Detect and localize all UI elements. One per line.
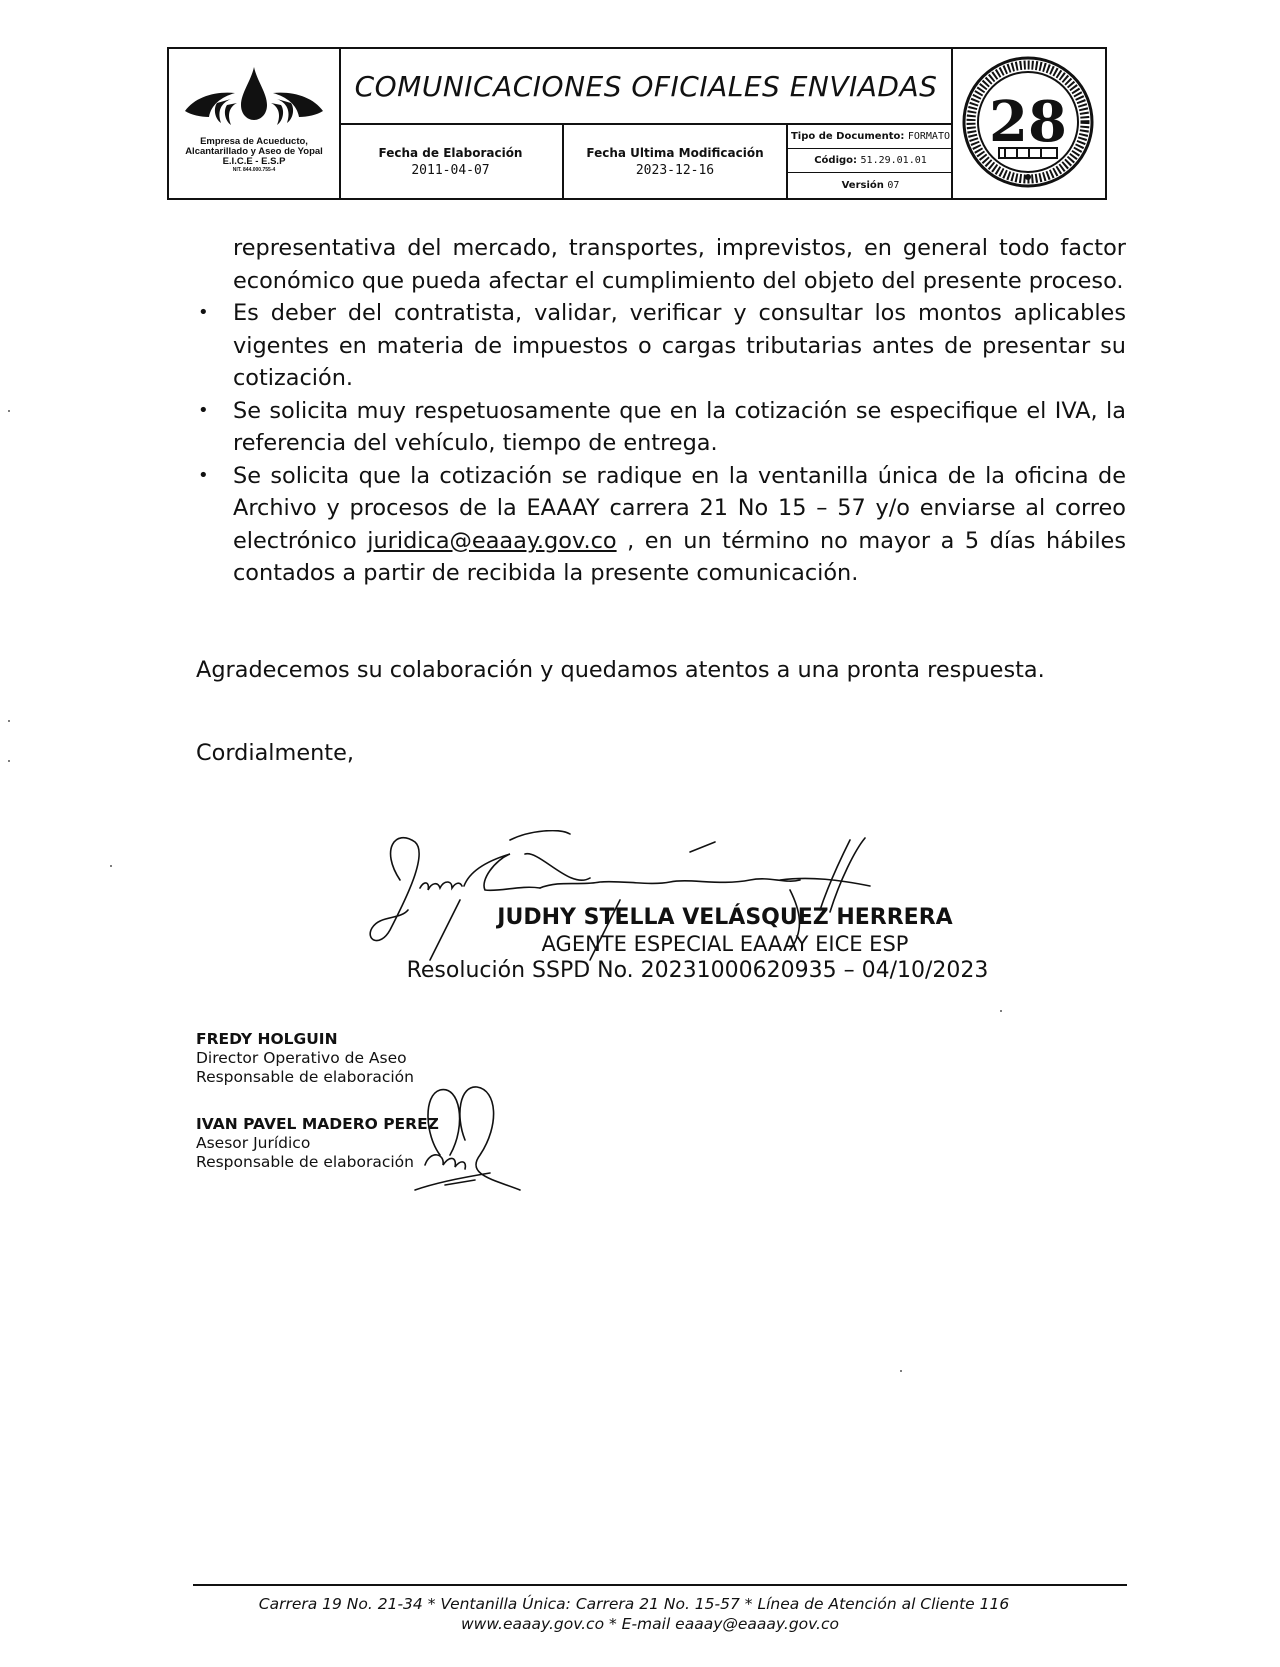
creation-date-label: Fecha de Elaboración (379, 146, 523, 160)
company-type: E.I.C.E - E.S.P (169, 157, 339, 167)
svg-text:28: 28 (989, 89, 1067, 155)
elaborator-name: IVAN PAVEL MADERO PEREZ (196, 1115, 439, 1134)
document-version-label: Versión (842, 180, 884, 191)
email-link[interactable]: juridica@eaaay.gov.co (367, 528, 616, 554)
footer-divider (193, 1584, 1127, 1586)
document-code-cell: Tipo de Documento: FORMATO Código: 51.29… (788, 125, 953, 198)
bullet-icon: • (198, 395, 209, 428)
water-drop-logo-icon (181, 63, 327, 137)
letter-body: representativa del mercado, transportes,… (196, 232, 1126, 590)
scan-speck (1000, 1010, 1002, 1012)
document-version-value: 07 (887, 180, 899, 191)
footer-contact: www.eaaay.gov.co * E-mail eaaay@eaaay.go… (150, 1614, 1130, 1634)
bullet-icon: • (198, 297, 209, 330)
document-title-cell: COMUNICACIONES OFICIALES ENVIADAS (339, 49, 953, 125)
elaborator-title: Director Operativo de Aseo (196, 1049, 414, 1068)
document-type-value: FORMATO (908, 131, 950, 142)
document-code-label: Código: (814, 155, 857, 166)
page-footer: Carrera 19 No. 21-34 * Ventanilla Única:… (150, 1594, 1130, 1634)
company-nit: NIT. 844.000.755-4 (169, 167, 339, 174)
list-item: • Es deber del contratista, validar, ver… (196, 297, 1126, 395)
list-item-text: Es deber del contratista, validar, verif… (233, 300, 1126, 391)
list-item: • Se solicita muy respetuosamente que en… (196, 395, 1126, 460)
document-type: Tipo de Documento: FORMATO (788, 125, 953, 149)
scan-speck (8, 410, 10, 412)
thanks-paragraph: Agradecemos su colaboración y quedamos a… (196, 657, 1045, 683)
creation-date-value: 2011-04-07 (411, 163, 489, 178)
document-code-value: 51.29.01.01 (861, 155, 927, 166)
elaborator-name: FREDY HOLGUIN (196, 1030, 414, 1049)
document-type-label: Tipo de Documento: (791, 131, 904, 142)
scan-speck (900, 1370, 902, 1372)
list-item: • Se solicita que la cotización se radiq… (196, 460, 1126, 590)
signature-block: JUDHY STELLA VELÁSQUEZ HERRERA AGENTE ES… (300, 905, 1000, 983)
footer-address: Carrera 19 No. 21-34 * Ventanilla Única:… (150, 1594, 1130, 1614)
signer-name: JUDHY STELLA VELÁSQUEZ HERRERA (300, 905, 1000, 930)
bullet-icon: • (198, 460, 209, 493)
modification-date-cell: Fecha Ultima Modificación 2023-12-16 (564, 125, 788, 198)
elaborated-by-entry: IVAN PAVEL MADERO PEREZ Asesor Jurídico … (196, 1115, 439, 1172)
company-logo-cell: Empresa de Acueducto, Alcantarillado y A… (169, 49, 341, 198)
document-code: Código: 51.29.01.01 (788, 149, 953, 173)
modification-date-label: Fecha Ultima Modificación (586, 146, 763, 160)
document-header-table: Empresa de Acueducto, Alcantarillado y A… (167, 47, 1107, 200)
signer-role: AGENTE ESPECIAL EAAAY EICE ESP (300, 932, 1000, 956)
scan-speck (8, 720, 10, 722)
elaborator-responsibility: Responsable de elaboración (196, 1068, 414, 1087)
document-version: Versión 07 (788, 173, 953, 197)
continuation-paragraph: representativa del mercado, transportes,… (196, 232, 1126, 297)
scan-speck (8, 760, 10, 762)
document-title: COMUNICACIONES OFICIALES ENVIADAS (355, 70, 938, 103)
company-name: Empresa de Acueducto, Alcantarillado y A… (169, 137, 339, 174)
elaborated-by-entry: FREDY HOLGUIN Director Operativo de Aseo… (196, 1030, 414, 1087)
elaborator-responsibility: Responsable de elaboración (196, 1153, 439, 1172)
creation-date-cell: Fecha de Elaboración 2011-04-07 (339, 125, 564, 198)
anniversary-seal-icon: 28 (961, 53, 1095, 191)
signer-resolution: Resolución SSPD No. 20231000620935 – 04/… (300, 958, 1000, 983)
modification-date-value: 2023-12-16 (636, 163, 714, 178)
scan-speck (110, 865, 112, 867)
elaborator-title: Asesor Jurídico (196, 1134, 439, 1153)
document-metadata-row: Fecha de Elaboración 2011-04-07 Fecha Ul… (339, 125, 953, 198)
closing-salutation: Cordialmente, (196, 740, 354, 766)
seal-cell: 28 (951, 49, 1105, 198)
initials-signature-icon (405, 1085, 535, 1200)
list-item-text: Se solicita muy respetuosamente que en l… (233, 398, 1126, 457)
